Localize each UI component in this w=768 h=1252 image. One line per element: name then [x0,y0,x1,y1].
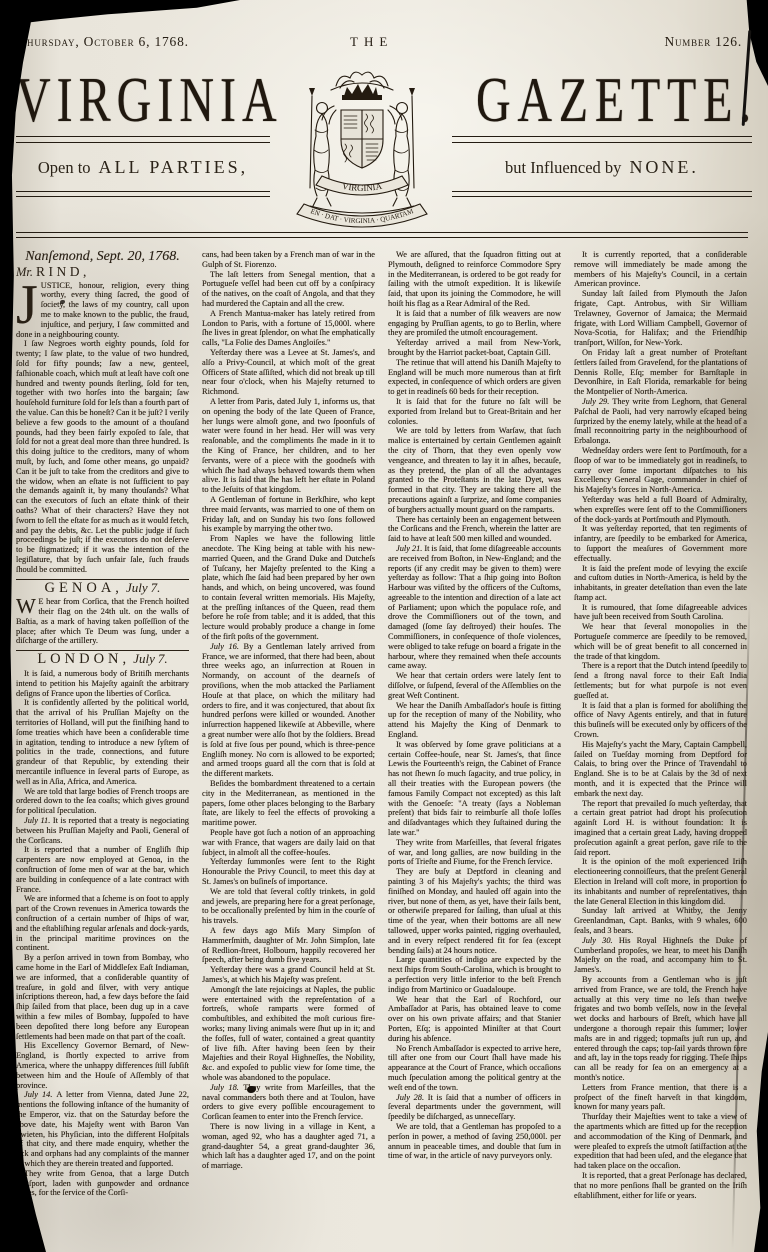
article-paragraph: There is now living in a village in Kent… [202,1122,375,1171]
article-paragraph: JUSTICE, honour, religion, every thing w… [16,281,189,340]
column-3: We are aſſured, that the ſquadron fittin… [388,250,561,1250]
masthead-title-gazette: GAZETTE. [476,70,758,130]
article-paragraph: We hear the Daniſh Ambaſſador's houſe is… [388,701,561,740]
article-paragraph: A French Mantua-maker has lately retired… [202,309,375,348]
motto-right-block: but Influenced by NONE. [452,136,752,197]
paragraph-date-lead: July 11. [24,816,53,825]
article-paragraph: There has certainly been an engagement b… [388,515,561,544]
motto-left-block: Open to ALL PARTIES, [16,136,270,197]
column-1: Nanſemond, Sept. 20, 1768.Mr. RIND,JUSTI… [16,250,189,1250]
header-divider-rule [16,232,748,238]
article-paragraph: Wedneſday orders were ſent to Portſmouth… [574,446,747,495]
article-paragraph: July 16. By a Gentleman lately arrived f… [202,642,375,779]
motto-right-caps: NONE. [629,157,699,178]
article-paragraph: It is ſaid, a numerous body of Britiſh m… [16,669,189,698]
issue-header-row: Thursday, October 6, 1768. THE Number 12… [14,34,742,52]
article-paragraph: We are told that large bodies of French … [16,787,189,816]
article-paragraph: Thurſday their Majeſties went to take a … [574,1112,747,1171]
article-paragraph: It is the opinion of the moſt experience… [574,857,747,906]
article-paragraph: The laſt letters from Senegal mention, t… [202,270,375,309]
section-heading: GENOA, July 7. [16,583,189,595]
salutation-prefix: Mr. [16,265,36,279]
issue-number: Number 126. [664,34,742,50]
article-paragraph: We hear that certain orders were lately … [388,671,561,700]
newspaper-page: Thursday, October 6, 1768. THE Number 12… [0,0,768,1252]
article-paragraph: July 29. They write from Leghorn, that G… [574,397,747,446]
article-paragraph: We are told, that a Gentleman has propoſ… [388,1122,561,1161]
article-paragraph: A Gentleman of fortune in Berkſhire, who… [202,495,375,534]
article-paragraph: A letter from Paris, dated July 1, infor… [202,397,375,495]
article-paragraph: The report that prevailed ſo much yeſter… [574,799,747,858]
article-paragraph: Yeſterday there was a Levee at St. James… [202,348,375,397]
article-paragraph: I ſaw Negroes worth eighty pounds, ſold … [16,339,189,574]
section-heading-date: July 7. [130,651,168,666]
article-paragraph: Beſides the bombardment threatened to a … [202,779,375,828]
column-4: It is currently reported, that a conſide… [574,250,747,1250]
article-paragraph: There is a report that the Dutch intend … [574,661,747,700]
article-paragraph: His Majeſty's yacht the Mary, Captain Ca… [574,740,747,799]
article-paragraph: It is currently reported, that a conſide… [574,250,747,289]
salutation-name: RIND, [36,264,90,279]
article-paragraph: July 21. It is ſaid, that ſome diſagreea… [388,544,561,671]
article-paragraph: It is confidently aſſerted by the politi… [16,698,189,786]
article-paragraph: On Friday laſt a great number of Proteſt… [574,348,747,397]
motto-right-prefix: but Influenced by [505,158,621,178]
columns: Nanſemond, Sept. 20, 1768.Mr. RIND,JUSTI… [16,250,752,1250]
article-paragraph: July 28. It is ſaid that a number of off… [388,1093,561,1122]
article-paragraph: The retinue that will attend his Daniſh … [388,358,561,397]
article-paragraph: It is reported that a number of Engliſh … [16,845,189,894]
article-paragraph: Sunday laſt ſailed from Plymouth the Jaſ… [574,289,747,348]
article-paragraph: We are told that ſeveral coſtly trinkets… [202,887,375,926]
paragraph-date-lead: July 16. [210,642,243,651]
article-paragraph: It is ſaid the preſent mode of levying t… [574,564,747,603]
column-2: cans, had been taken by a French man of … [202,250,375,1250]
article-paragraph: It was obſerved by ſome grave politician… [388,740,561,838]
paragraph-date-lead: July 18. [210,1083,243,1092]
section-heading-caps: GENOA, [45,580,123,596]
virginia-coat-of-arms-icon: VIRGINIA EN · DAT · VIRGINIA · QUARTAM [284,66,440,238]
article-paragraph: They write from Genoa, that a large Dutc… [16,1169,189,1198]
article-paragraph: By accounts from a Gentleman who is juſt… [574,975,747,1083]
article-paragraph: Amongſt the late rejoicings at Naples, t… [202,985,375,1083]
article-paragraph: July 14. A letter from Vienna, dated Jun… [16,1090,189,1168]
article-paragraph: Yeſterday there was a grand Council held… [202,965,375,985]
article-paragraph: By a perſon arrived in town from Bombay,… [16,953,189,1041]
article-paragraph: Letters from France mention, that there … [574,1083,747,1112]
motto-left-caps: ALL PARTIES, [99,157,249,178]
article-paragraph: It was yeſterday reported, that ten regi… [574,524,747,563]
masthead-title-virginia: VIRGINIA [16,70,283,130]
article-paragraph: We are aſſured, that the ſquadron fittin… [388,250,561,309]
article-paragraph: July 11. It is reported that a treaty is… [16,816,189,845]
drop-cap: W [16,598,36,615]
article-paragraph: A few days ago Miſs Mary Simpſon of Hamm… [202,926,375,965]
article-paragraph: Yeſterday was held a full Board of Admir… [574,495,747,524]
article-paragraph: No French Ambaſſador is expected to arri… [388,1044,561,1093]
svg-text:VIRGINIA: VIRGINIA [341,181,383,193]
paragraph-date-lead: July 28. [396,1093,428,1102]
article-paragraph: Yeſterday arrived a mail from New-York, … [388,338,561,358]
article-paragraph: People have got ſuch a notion of an appr… [202,828,375,857]
double-rule [16,191,270,198]
article-dateline: Nanſemond, Sept. 20, 1768. [16,252,189,262]
article-paragraph: From Naples we have the following little… [202,534,375,642]
article-paragraph: We hear that ſeveral monopolies in the P… [574,622,747,661]
article-paragraph: Large quantities of indigo are expected … [388,955,561,994]
drop-cap: J [16,283,38,327]
article-paragraph: July 18. They write from Marſeilles, tha… [202,1083,375,1122]
issue-date: Thursday, October 6, 1768. [18,34,189,50]
article-paragraph: We are told by letters from Warſaw, that… [388,426,561,514]
section-heading-caps: LONDON, [37,651,130,667]
article-paragraph: July 30. His Royal Highneſs the Duke of … [574,936,747,975]
masthead-the: THE [350,34,393,50]
article-paragraph: It is rumoured, that ſome diſagreeable a… [574,603,747,623]
salutation: Mr. RIND, [16,267,189,278]
motto-left-prefix: Open to [38,158,91,178]
article-paragraph: We are informed that a ſcheme is on foot… [16,894,189,953]
double-rule [452,191,752,198]
paragraph-date-lead: July 29. [582,397,612,406]
article-paragraph: Sunday laſt arrived at Whitby, the Jenny… [574,906,747,935]
article-paragraph: WE hear from Corſica, that the French ho… [16,597,189,646]
article-paragraph: It is ſaid that for the future no ſalt w… [388,397,561,426]
article-paragraph: We hear that the Earl of Rochford, our A… [388,995,561,1044]
article-paragraph: His Excellency Governor Bernard, of New-… [16,1041,189,1090]
article-paragraph: They write from Marſeilles, that ſeveral… [388,838,561,867]
section-heading: LONDON, July 7. [16,654,189,666]
article-paragraph: cans, had been taken by a French man of … [202,250,375,270]
article-paragraph: It is ſaid that a number of ſilk weavers… [388,309,561,338]
paragraph-date-lead: July 14. [24,1090,56,1099]
paragraph-date-lead: July 30. [582,936,619,945]
article-paragraph: They are buſy at Deptford in cleaning an… [388,867,561,955]
paragraph-date-lead: July 21. [396,544,424,553]
article-paragraph: Yeſterday ſummonſes were ſent to the Rig… [202,857,375,886]
article-paragraph: It is ſaid that a plan is formed for abo… [574,701,747,740]
section-heading-date: July 7. [123,580,161,595]
crest-ribbon-top: VIRGINIA [341,181,383,193]
article-paragraph: It is reported, that a great Perſonage h… [574,1171,747,1200]
